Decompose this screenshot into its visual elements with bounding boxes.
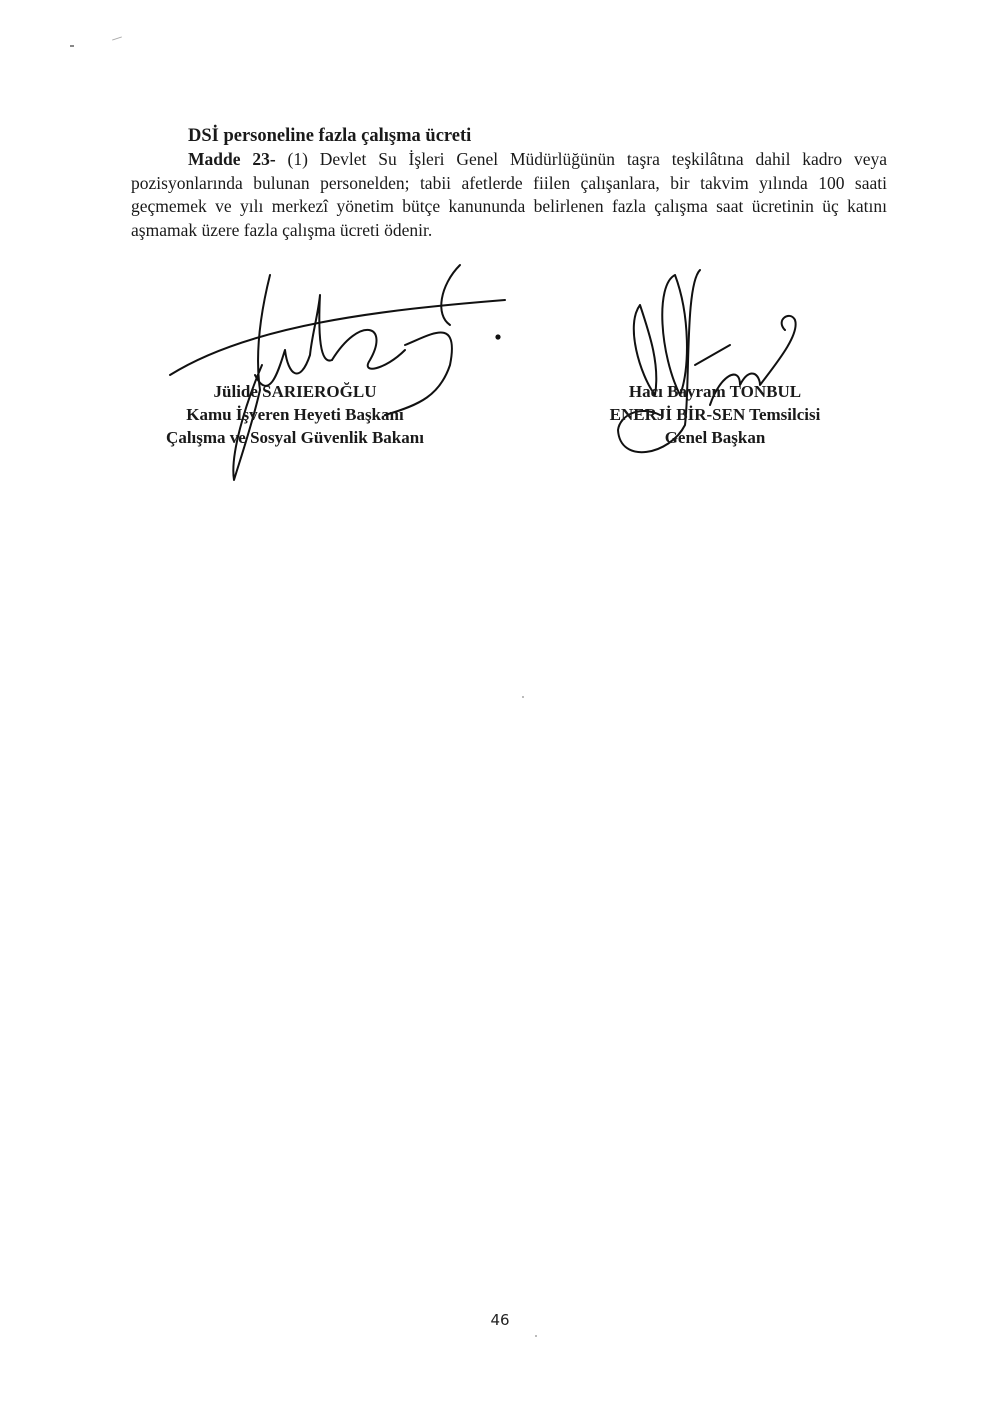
scan-speck (522, 696, 524, 698)
scan-speck (535, 1335, 537, 1337)
signatory-name: Hacı Bayram TONBUL (585, 380, 845, 403)
signatory-right: Hacı Bayram TONBUL ENERJİ BİR-SEN Temsil… (585, 380, 845, 449)
signatory-title: Çalışma ve Sosyal Güvenlik Bakanı (130, 426, 460, 449)
scan-speck (70, 45, 74, 47)
article-section: DSİ personeline fazla çalışma ücreti Mad… (131, 124, 887, 242)
article-label: Madde 23- (188, 149, 276, 169)
signatory-role: ENERJİ BİR-SEN Temsilcisi (585, 403, 845, 426)
signature-left-icon (160, 255, 520, 485)
signatory-role: Kamu İşveren Heyeti Başkanı (130, 403, 460, 426)
article-paragraph: Madde 23- (1) Devlet Su İşleri Genel Müd… (131, 148, 887, 242)
signatory-left: Jülide SARIEROĞLU Kamu İşveren Heyeti Ba… (130, 380, 460, 449)
signatory-title: Genel Başkan (585, 426, 845, 449)
signatory-name: Jülide SARIEROĞLU (130, 380, 460, 403)
scan-speck (112, 36, 122, 40)
article-heading: DSİ personeline fazla çalışma ücreti (188, 124, 887, 148)
page-number: 46 (0, 1311, 1000, 1329)
